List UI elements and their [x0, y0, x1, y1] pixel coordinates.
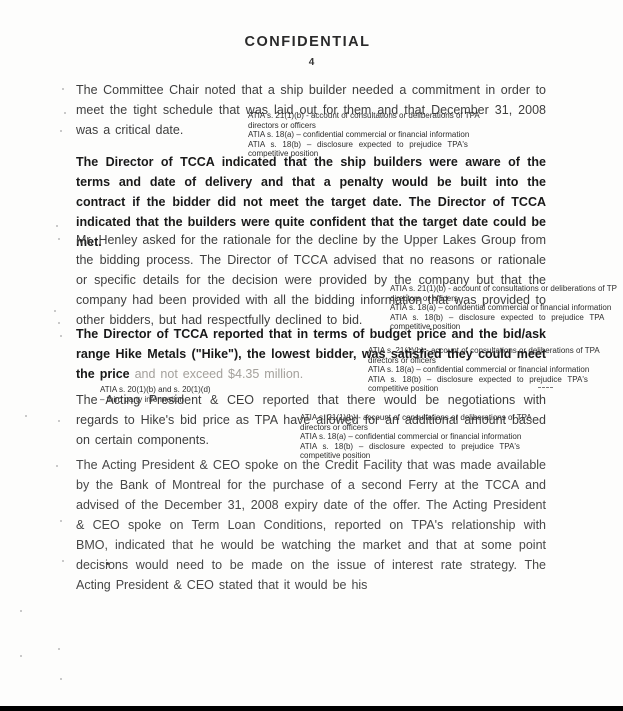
annotation-line: directors or officers: [368, 356, 600, 366]
document-page: CONFIDENTIAL 4 The Committee Chair noted…: [0, 0, 623, 711]
atia-annotation-block-2: ATIA s. 21(1)(b) - account of consultati…: [390, 284, 617, 332]
annotation-line: competitive position: [390, 322, 617, 332]
scan-noise: [58, 238, 60, 240]
scan-noise: [58, 420, 60, 422]
scan-noise: [106, 562, 109, 565]
annotation-line: directors or officers: [390, 294, 617, 304]
annotation-line: competitive position: [300, 451, 532, 461]
scan-noise: [56, 465, 58, 467]
annotation-line: ATIA s. 18(b) – disclosure expected to p…: [368, 375, 600, 385]
scan-noise: [54, 310, 56, 312]
atia-annotation-block-3: ATIA s. 20(1)(b) and s. 20(1)(d) – third…: [100, 385, 211, 404]
annotation-line: ATIA s. 18(a) – confidential commercial …: [300, 432, 532, 442]
scan-noise: [58, 648, 60, 650]
annotation-line: competitive position: [248, 149, 480, 159]
scan-noise: [60, 520, 62, 522]
annotation-line: ATIA s. 18(b) – disclosure expected to p…: [248, 140, 480, 150]
scan-noise: [62, 560, 64, 562]
scan-noise: [64, 112, 66, 114]
page-number: 4: [0, 57, 623, 68]
atia-annotation-block-4: ATIA s. 21(1)(b) - account of consultati…: [368, 346, 600, 394]
annotation-line: competitive position: [368, 384, 600, 394]
paragraph-budget-price-faint-text: and not exceed $4.35 million.: [130, 367, 304, 381]
annotation-line: ATIA s. 18(a) – confidential commercial …: [368, 365, 600, 375]
annotation-line: ATIA s. 18(a) – confidential commercial …: [248, 130, 480, 140]
annotation-line: ATIA s. 21(1)(b) - account of consultati…: [390, 284, 617, 294]
annotation-line: ATIA s. 18(a) – confidential commercial …: [390, 303, 617, 313]
annotation-line: ATIA s. 21(1)(b) - account of consultati…: [248, 111, 480, 121]
atia-annotation-block-1: ATIA s. 21(1)(b) - account of consultati…: [248, 111, 480, 159]
annotation-line: ATIA s. 18(b) – disclosure expected to p…: [390, 313, 617, 323]
scan-noise: [20, 610, 22, 612]
confidential-header: CONFIDENTIAL: [0, 34, 615, 50]
scan-noise: [60, 130, 62, 132]
annotation-line: ATIA s. 18(b) – disclosure expected to p…: [300, 442, 532, 452]
scan-noise: [60, 678, 62, 680]
scan-noise: [62, 88, 64, 90]
scan-noise: [58, 322, 60, 324]
annotation-line: ATIA s. 20(1)(b) and s. 20(1)(d): [100, 385, 211, 395]
paragraph-credit-facility: The Acting President & CEO spoke on the …: [76, 455, 546, 595]
scan-noise: [60, 335, 62, 337]
scan-noise: [20, 655, 22, 657]
annotation-line: – third party information: [100, 395, 211, 405]
annotation-line: directors or officers: [248, 121, 480, 131]
scanner-edge-bar: [0, 706, 623, 711]
scan-noise: [56, 225, 58, 227]
annotation-line: ATIA s. 21(1)(b) - account of consultati…: [368, 346, 600, 356]
annotation-line: ATIA s. 21(1)(b) - account of consultati…: [300, 413, 532, 423]
annotation-line: directors or officers: [300, 423, 532, 433]
scan-noise: [25, 415, 27, 417]
atia-annotation-block-5: ATIA s. 21(1)(b) - account of consultati…: [300, 413, 532, 461]
